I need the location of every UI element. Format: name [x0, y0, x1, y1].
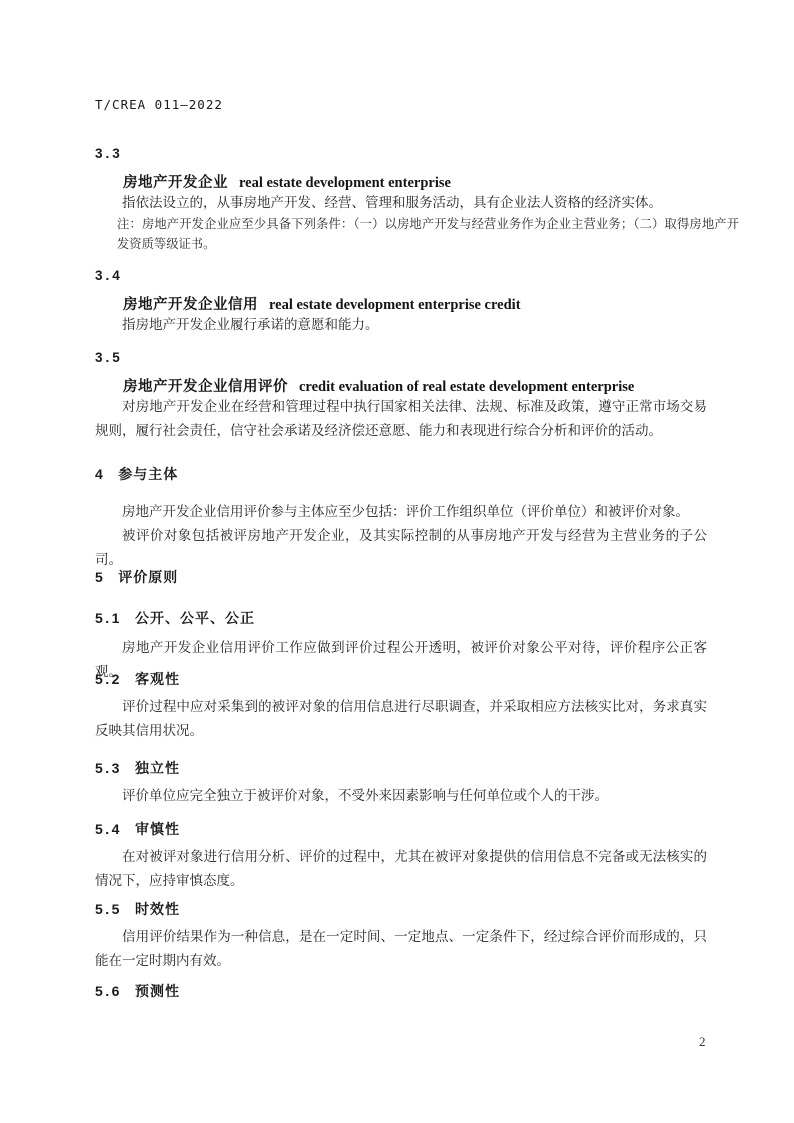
clause-title: 预测性 — [135, 983, 180, 999]
term-zh: 房地产开发企业信用 — [123, 297, 258, 313]
clause-number: 5 — [95, 569, 105, 585]
clause-heading-5-6: 5.6预测性 — [95, 983, 180, 1000]
clause-4-paragraph-2: 被评价对象包括被评房地产开发企业，及其实际控制的从事房地产开发与经营为主营业务的… — [95, 524, 707, 572]
standard-number-header: T/CREA 011—2022 — [95, 97, 223, 112]
clause-5-3-paragraph: 评价单位应完全独立于被评价对象，不受外来因素影响与任何单位或个人的干涉。 — [95, 784, 707, 808]
clause-5-4-paragraph: 在对被评对象进行信用分析、评价的过程中，尤其在被评对象提供的信用信息不完备或无法… — [95, 845, 707, 893]
term-en: real estate development enterprise credi… — [269, 297, 521, 313]
term-heading-3-3: 房地产开发企业real estate development enterpris… — [123, 175, 451, 192]
clause-heading-5-5: 5.5时效性 — [95, 901, 180, 918]
clause-title: 参与主体 — [118, 466, 178, 482]
clause-number-3-3: 3.3 — [95, 146, 123, 162]
clause-number: 4 — [95, 466, 105, 482]
clause-number: 5.5 — [95, 901, 122, 917]
clause-heading-5-3: 5.3独立性 — [95, 760, 180, 777]
clause-title: 公开、公平、公正 — [135, 610, 255, 626]
clause-number-3-5: 3.5 — [95, 350, 123, 366]
clause-number-3-4: 3.4 — [95, 268, 123, 284]
page-number: 2 — [699, 1034, 706, 1050]
term-zh: 房地产开发企业信用评价 — [123, 379, 288, 395]
clause-title: 审慎性 — [135, 821, 180, 837]
clause-heading-5-1: 5.1公开、公平、公正 — [95, 610, 255, 627]
clause-title: 评价原则 — [118, 569, 178, 585]
clause-number: 5.1 — [95, 610, 122, 626]
clause-heading-5: 5评价原则 — [95, 569, 178, 586]
clause-5-2-paragraph: 评价过程中应对采集到的被评对象的信用信息进行尽职调查，并采取相应方法核实比对，务… — [95, 695, 707, 743]
clause-heading-4: 4参与主体 — [95, 466, 178, 483]
term-note-3-3: 注：房地产开发企业应至少具备下列条件：（一）以房地产开发与经营业务作为企业主营业… — [117, 214, 739, 254]
clause-number: 5.3 — [95, 760, 122, 776]
term-zh: 房地产开发企业 — [123, 175, 228, 191]
clause-4-paragraph-1: 房地产开发企业信用评价参与主体应至少包括：评价工作组织单位（评价单位）和被评价对… — [95, 500, 707, 524]
term-en: credit evaluation of real estate develop… — [299, 379, 634, 395]
clause-number: 5.2 — [95, 671, 122, 687]
clause-5-5-paragraph: 信用评价结果作为一种信息，是在一定时间、一定地点、一定条件下，经过综合评价而形成… — [95, 925, 707, 973]
term-definition-3-4: 指房地产开发企业履行承诺的意愿和能力。 — [95, 313, 707, 337]
term-heading-3-4: 房地产开发企业信用real estate development enterpr… — [123, 297, 521, 314]
term-definition-3-3: 指依法设立的，从事房地产开发、经营、管理和服务活动，具有企业法人资格的经济实体。 — [95, 191, 707, 215]
term-definition-3-5: 对房地产开发企业在经营和管理过程中执行国家相关法律、法规、标准及政策，遵守正常市… — [95, 395, 707, 443]
document-page: T/CREA 011—2022 3.3 房地产开发企业real estate d… — [0, 0, 794, 1123]
clause-number: 5.4 — [95, 821, 122, 837]
clause-5-1-paragraph: 房地产开发企业信用评价工作应做到评价过程公开透明，被评价对象公平对待，评价程序公… — [95, 636, 707, 684]
clause-title: 独立性 — [135, 760, 180, 776]
term-en: real estate development enterprise — [239, 175, 451, 191]
clause-number: 5.6 — [95, 983, 122, 999]
term-heading-3-5: 房地产开发企业信用评价credit evaluation of real est… — [123, 379, 634, 396]
clause-title: 客观性 — [135, 671, 180, 687]
clause-title: 时效性 — [135, 901, 180, 917]
clause-heading-5-2: 5.2客观性 — [95, 671, 180, 688]
clause-heading-5-4: 5.4审慎性 — [95, 821, 180, 838]
